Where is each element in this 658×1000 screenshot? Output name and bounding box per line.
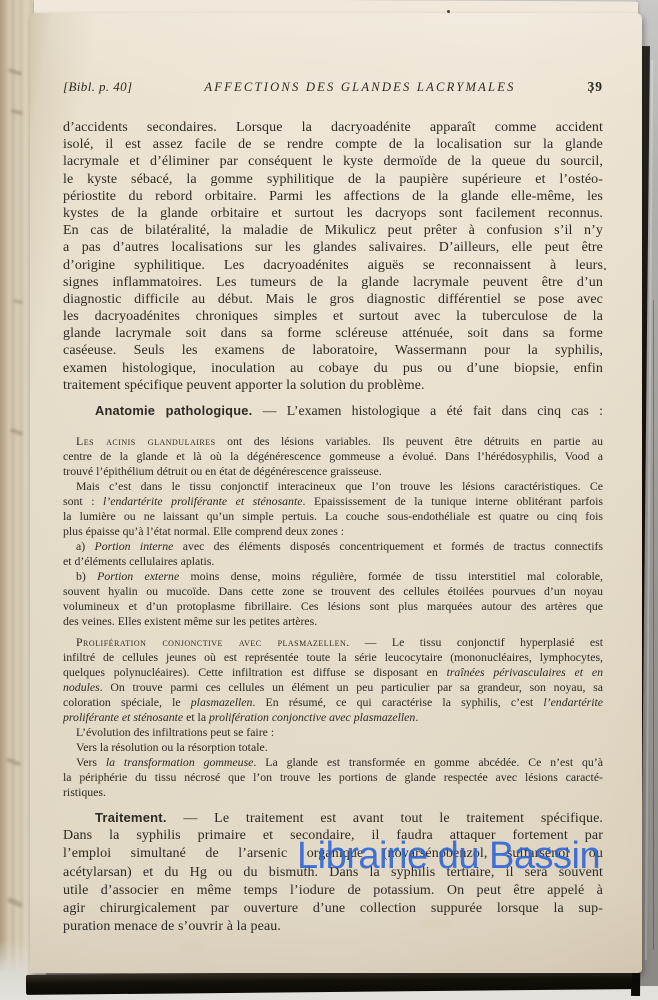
text-line: infiltré de cellules jeunes où est repré… (63, 650, 603, 665)
running-header: [Bibl. p. 40] AFFECTIONS DES GLANDES LAC… (63, 79, 603, 95)
text-line: puration menace de s’ouvrir à la peau. (63, 918, 603, 936)
page-number: 39 (588, 79, 604, 95)
text-line: l’emploi simultané de l’arsenic organiqu… (63, 845, 603, 863)
resolution-line: Vers la résolution ou la résorption tota… (63, 740, 603, 755)
text-line: signes inflammatoires. Les tumeurs de la… (63, 274, 603, 291)
proliferation-paragraph: Prolifération conjonctive avec plasmazel… (63, 635, 603, 725)
chapter-title: AFFECTIONS DES GLANDES LACRYMALES (132, 80, 587, 95)
text-column: [Bibl. p. 40] AFFECTIONS DES GLANDES LAC… (63, 13, 603, 936)
text-line: le kyste sébacé, la gomme syphilitique d… (63, 171, 603, 188)
text-line: examen histologique, inoculation au coba… (63, 360, 603, 377)
text-line: a) Portion interne avec des éléments dis… (63, 539, 603, 554)
text-line: ristiques. (63, 785, 603, 800)
paper-stain (180, 943, 206, 951)
tissu-conjonctif-paragraph: Mais c’est dans le tissu conjonctif inte… (63, 479, 603, 539)
text-line: quelques polynucléaires). Cette infiltra… (63, 665, 603, 680)
text-line: d’origine syphilitique. Les dacryoadénit… (63, 257, 603, 274)
text-line: la lumière ou ne laissant qu’un simple p… (63, 509, 603, 524)
text-line: glande lacrymale soit dans sa forme sclé… (63, 325, 603, 342)
text-line: des veines. Elles existent même sur les … (63, 614, 603, 629)
text-line: souvent hyalin ou mucoïde. Dans cette zo… (63, 584, 603, 599)
text-line: Les acinis glandulaires ont des lésions … (63, 434, 603, 449)
text-line: et d’éléments cellulaires aplatis. (63, 554, 603, 569)
book-page: [Bibl. p. 40] AFFECTIONS DES GLANDES LAC… (30, 13, 642, 973)
transformation-paragraph: Vers la transformation gommeuse. La glan… (63, 755, 603, 800)
text-line: volumineux et d’un protoplasme fibrillai… (63, 599, 603, 614)
text-line: Traitement. — Le traitement est avant to… (63, 809, 603, 827)
page-body: d’accidents secondaires. Lorsque la dacr… (63, 119, 603, 936)
background-streak (653, 300, 654, 950)
text-line: les dacryoadénites chroniques simples et… (63, 308, 603, 325)
text-line: Dans la syphilis primaire et secondaire,… (63, 827, 603, 845)
text-line: traitement spécifique peuvent apporter l… (63, 377, 603, 394)
text-line: nodules. On trouve parmi ces cellules un… (63, 680, 603, 695)
text-line: En cas de bilatéralité, la maladie de Mi… (63, 222, 603, 239)
portion-externe-item: b) Portion externe moins dense, moins ré… (63, 569, 603, 629)
text-line: agir chirurgicalement par ouverture d’un… (63, 900, 603, 918)
text-line: acétylarsan) et du Hg ou du bismuth. Dan… (63, 864, 603, 882)
text-line: centre de la glande et là où la dégénére… (63, 449, 603, 464)
text-line: b) Portion externe moins dense, moins ré… (63, 569, 603, 584)
text-line: Vers la transformation gommeuse. La glan… (63, 755, 603, 770)
text-line: trouvé l’épithélium détruit ou en état d… (63, 464, 603, 479)
evolution-line: L’évolution des infiltrations peut se fa… (63, 725, 603, 740)
acini-paragraph: Les acinis glandulaires ont des lésions … (63, 434, 603, 479)
portion-interne-item: a) Portion interne avec des éléments dis… (63, 539, 603, 569)
bibliography-reference: [Bibl. p. 40] (63, 79, 132, 95)
text-line: la périphérie du tissu nécrosé que l’on … (63, 770, 603, 785)
text-line: diagnostic difficile au début. Mais le g… (63, 291, 603, 308)
text-line: plus épaisse qu’à l’état normal. Elle co… (63, 524, 603, 539)
text-line: d’accidents secondaires. Lorsque la dacr… (63, 119, 603, 136)
text-line: isolé, il est assez facile de se rendre … (63, 136, 603, 153)
traitement-paragraph: Traitement. — Le traitement est avant to… (63, 809, 603, 936)
text-line: utile d’associer en même temps l’iodure … (63, 882, 603, 900)
opening-paragraph: d’accidents secondaires. Lorsque la dacr… (63, 119, 603, 394)
text-line: sont : l’endartérite proliférante et sté… (63, 494, 603, 509)
text-line: coloration spéciale, le plasmazellen. En… (63, 695, 603, 710)
text-line: proliférante et sténosante et la prolifé… (63, 710, 603, 725)
text-line: Mais c’est dans le tissu conjonctif inte… (63, 479, 603, 494)
text-line: lacrymale et d’éliminer par conséquent l… (63, 153, 603, 170)
text-line: Vers la résolution ou la résorption tota… (63, 740, 603, 755)
text-line: Prolifération conjonctive avec plasmazel… (63, 635, 603, 650)
paper-speck (604, 268, 606, 270)
anatomie-pathologique-heading: Anatomie pathologique. — L’examen histol… (63, 402, 603, 420)
text-line: caséeuse. Seuls les examens de laboratoi… (63, 342, 603, 359)
text-line: kystes de la glande orbitaire et surtout… (63, 205, 603, 222)
text-line: Anatomie pathologique. — L’examen histol… (63, 402, 603, 420)
text-line: a pas d’autres localisations sur les gla… (63, 239, 603, 256)
text-line: L’évolution des infiltrations peut se fa… (63, 725, 603, 740)
text-line: périostite du rebord orbitaire. Parmi le… (63, 188, 603, 205)
